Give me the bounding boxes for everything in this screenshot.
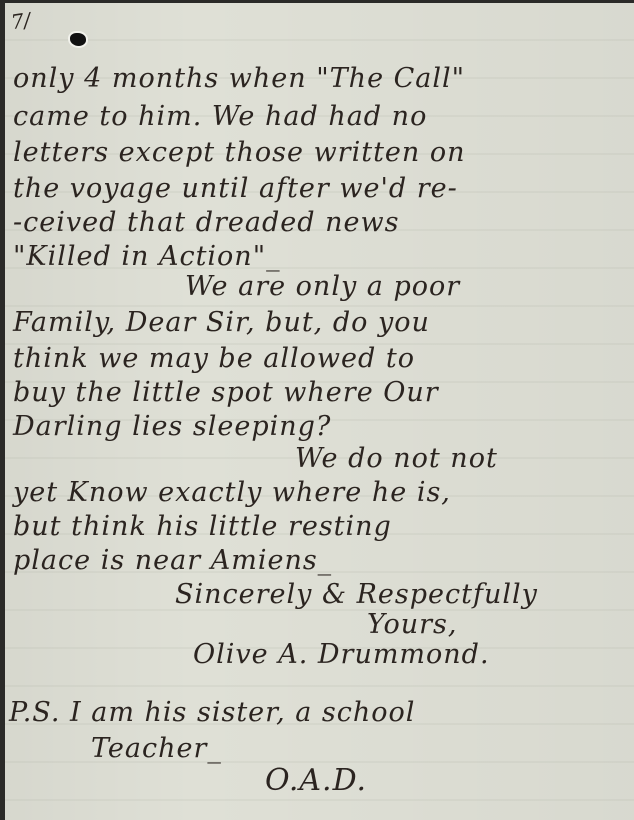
signature: Olive A. Drummond.	[193, 639, 490, 670]
letter-line-12: We do not not	[295, 443, 498, 474]
letter-line-11: Darling lies sleeping?	[13, 411, 331, 442]
page-number-mark: 7/	[9, 8, 32, 34]
valediction: Sincerely & Respectfully	[175, 579, 538, 610]
closing-yours: Yours,	[367, 609, 457, 640]
letter-page: 7/ only 4 months when "The Call" came to…	[5, 3, 634, 820]
letter-line-6: "Killed in Action"_	[13, 241, 281, 272]
letter-line-8: Family, Dear Sir, but, do you	[13, 307, 430, 338]
postscript-line-1: P.S. I am his sister, a school	[9, 697, 415, 728]
letter-line-9: think we may be allowed to	[13, 343, 415, 374]
postscript-initials: O.A.D.	[265, 763, 367, 798]
letter-line-2: came to him. We had had no	[13, 101, 427, 132]
letter-line-3: letters except those written on	[13, 137, 466, 168]
letter-line-4: the voyage until after we'd re-	[13, 173, 458, 204]
postscript-line-2: Teacher_	[91, 733, 222, 764]
letter-line-14: but think his little resting	[13, 511, 392, 542]
letter-line-13: yet Know exactly where he is,	[13, 477, 451, 508]
letter-line-7: We are only a poor	[185, 271, 460, 302]
letter-line-10: buy the little spot where Our	[13, 377, 439, 408]
letter-line-1: only 4 months when "The Call"	[13, 63, 465, 94]
letter-line-15: place is near Amiens_	[13, 545, 332, 576]
letter-line-5: -ceived that dreaded news	[13, 207, 399, 238]
punch-hole	[70, 33, 86, 46]
